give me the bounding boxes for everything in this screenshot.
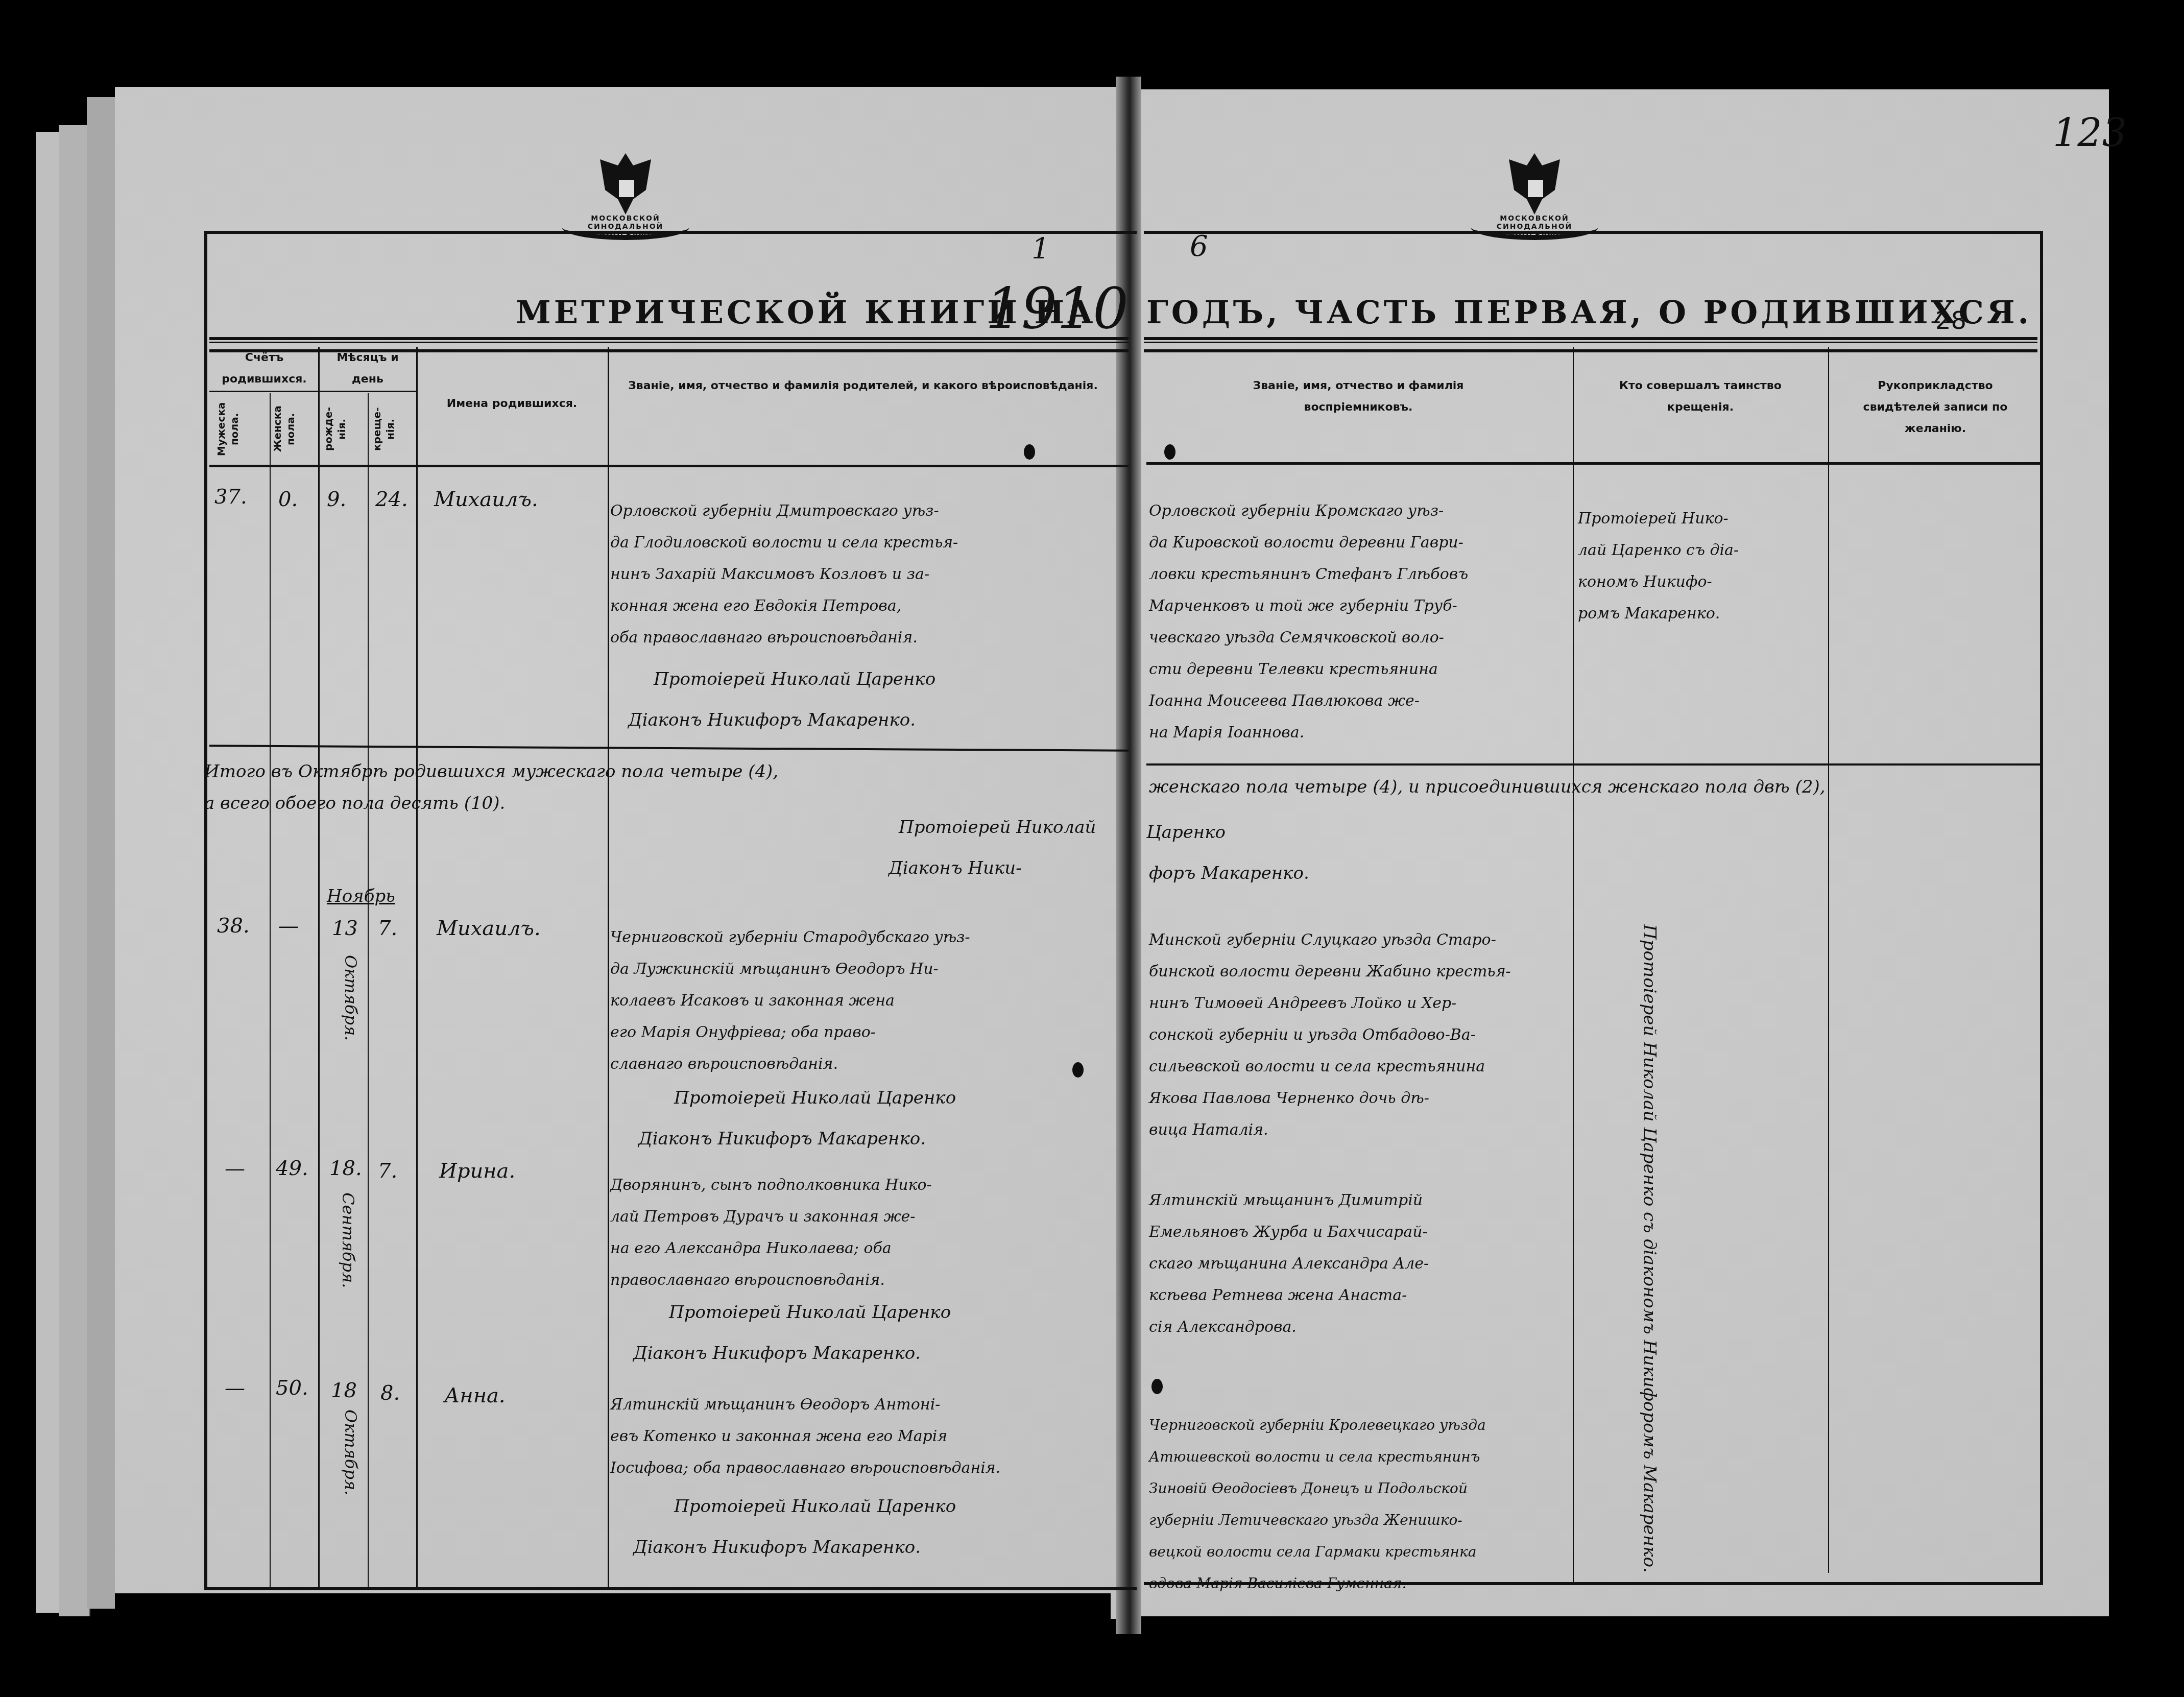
record-50-godparents: Черниговской губерніи Кролевецкаго уѣзда… <box>1149 1409 1568 1599</box>
record-38-birth-day: 13 <box>332 917 358 940</box>
record-37-birth-day: 9. <box>327 488 346 511</box>
record-50-birth-day: 18 <box>331 1379 357 1402</box>
header-rule-left <box>209 465 1129 467</box>
col-divider <box>318 347 320 1588</box>
col-header-parents: Званіе, имя, отчество и фамилія родителе… <box>613 375 1113 397</box>
record-49-baptism-day: 7. <box>378 1159 397 1183</box>
record-37-officiant: Протоіерей Нико- лай Царенко съ діа- кон… <box>1578 503 1828 630</box>
record-49-birth-month: Сентября. <box>334 1192 362 1335</box>
record-50-parents: Ялтинскій мѣщанинъ Ѳеодоръ Антоні- евъ К… <box>610 1389 1126 1484</box>
officiant-vertical-note: Протоіерей Николай Царенко съ діакономъ … <box>1634 924 1664 1588</box>
record-38-male-no: 38. <box>217 914 250 938</box>
ink-blot <box>1164 444 1175 460</box>
book-title-right: ГОДЪ, ЧАСТЬ ПЕРВАЯ, О РОДИВШИХСЯ. <box>1146 294 2032 331</box>
record-37-baptism-day: 24. <box>375 488 408 511</box>
col-header-male: Мужеска пола. <box>214 396 266 462</box>
record-37-godparents: Орловской губерніи Кромскаго уѣз- да Кир… <box>1149 495 1568 749</box>
col-divider <box>608 347 609 1588</box>
signature-deacon: Діаконъ Никифоръ Макаренко. <box>633 1537 921 1558</box>
record-50-female-no: 50. <box>276 1376 308 1400</box>
scanned-register-spread: 123 МОСКОВСКОЙ СИНОДАЛЬНОЙ ТИПОГРАФІИ МО… <box>0 0 2184 1697</box>
record-37-parents: Орловской губерніи Дмитровскаго уѣз- да … <box>610 495 1121 654</box>
record-50-baptism-day: 8. <box>380 1381 400 1405</box>
signature-priest: Протоіерей Николай Царенко <box>669 1302 951 1323</box>
year-handwritten: 1910 <box>986 276 1129 341</box>
signature-deacon: Діаконъ Никифоръ Макаренко. <box>628 710 916 730</box>
col-header-date: Мѣсяцъ и день <box>319 347 416 390</box>
col-divider <box>416 347 418 1588</box>
record-49-female-no: 49. <box>276 1157 308 1180</box>
col-header-baptism: креще- нія. <box>370 396 414 462</box>
col-header-godparents: Званіе, имя, отчество и фамилія воспріем… <box>1154 375 1563 418</box>
col-header-officiant: Кто совершалъ таинство крещенія. <box>1578 375 1823 418</box>
col-divider <box>368 393 369 1588</box>
page-bottom-shadow <box>115 1593 1111 1697</box>
record-49-child-name: Ирина. <box>439 1159 515 1183</box>
record-37-male-no: 37. <box>214 485 247 509</box>
ink-blot <box>1151 1379 1163 1394</box>
signature-priest: Протоіерей Николай Царенко <box>674 1496 956 1517</box>
page-number: 28 <box>1935 306 1966 335</box>
imperial-eagle-emblem-right: МОСКОВСКОЙ СИНОДАЛЬНОЙ ТИПОГРАФІИ <box>1471 138 1598 240</box>
record-49-birth-day: 18. <box>329 1157 362 1180</box>
record-37-child-name: Михаилъ. <box>434 488 538 511</box>
header-rule-right <box>1146 462 2040 465</box>
monthly-summary-left: Итого въ Октябрѣ родившихся мужескаго по… <box>204 756 1134 819</box>
st-george-shield-icon <box>618 179 635 198</box>
record-49-male-no: — <box>225 1157 245 1180</box>
summary-rule-right <box>1146 763 2040 766</box>
col-divider <box>1828 347 1829 1573</box>
record-50-birth-month: Октября. <box>337 1409 365 1542</box>
title-rule-right <box>1144 337 2037 352</box>
col-divider <box>270 393 271 1588</box>
record-37-female-no: 0. <box>278 488 298 511</box>
signature-priest: Протоіерей Николай Царенко <box>674 1088 956 1108</box>
summary-signature-deacon: Діаконъ Ники- <box>889 858 1022 878</box>
record-38-parents: Черниговской губерніи Стародубскаго уѣз-… <box>610 922 1121 1080</box>
folio-number: 123 <box>2053 110 2127 155</box>
col-divider <box>1573 347 1574 1583</box>
page-stack-edge <box>59 125 90 1616</box>
month-header-november: Ноябрь <box>327 886 395 906</box>
record-50-male-no: — <box>225 1376 245 1400</box>
monthly-summary-right: женскаго пола четыре (4), и присоединивш… <box>1149 771 2037 803</box>
record-38-godparents: Минской губерніи Слуцкаго уѣзда Старо- б… <box>1149 924 1568 1146</box>
st-george-shield-icon <box>1527 179 1544 198</box>
col-header-names: Имена родившихся. <box>419 393 605 415</box>
signature-priest: Протоіерей Николай Царенко <box>654 669 935 689</box>
record-50-child-name: Анна. <box>444 1384 506 1407</box>
signature-deacon: Діаконъ Никифоръ Макаренко. <box>638 1129 926 1149</box>
subheader-rule <box>209 391 416 392</box>
col-header-birth: рожде- нія. <box>322 396 365 462</box>
summary-signature-deacon-cont: форъ Макаренко. <box>1149 863 1309 883</box>
col-header-count: Счётъ родившихся. <box>212 347 317 390</box>
ink-blot <box>1024 444 1035 460</box>
col-header-female: Женска пола. <box>271 396 317 462</box>
record-38-child-name: Михаилъ. <box>437 917 541 940</box>
ink-blot <box>1072 1062 1084 1078</box>
summary-signature-priest: Протоіерей Николай <box>899 817 1096 838</box>
record-49-parents: Дворянинъ, сынъ подполковника Нико- лай … <box>610 1169 1121 1296</box>
signature-deacon: Діаконъ Никифоръ Макаренко. <box>633 1343 921 1364</box>
record-38-baptism-day: 7. <box>378 917 397 940</box>
summary-signature-priest-cont: Царенко <box>1146 822 1226 843</box>
imperial-eagle-emblem-left: МОСКОВСКОЙ СИНОДАЛЬНОЙ ТИПОГРАФІИ <box>562 138 689 240</box>
record-38-birth-month: Октября. <box>337 955 365 1083</box>
record-38-female-no: — <box>278 914 299 938</box>
col-header-witnesses: Рукоприкладство свидѣтелей записи по жел… <box>1833 375 2037 439</box>
record-49-godparents: Ялтинскій мѣщанинъ Димитрій Емельяновъ Ж… <box>1149 1185 1568 1343</box>
